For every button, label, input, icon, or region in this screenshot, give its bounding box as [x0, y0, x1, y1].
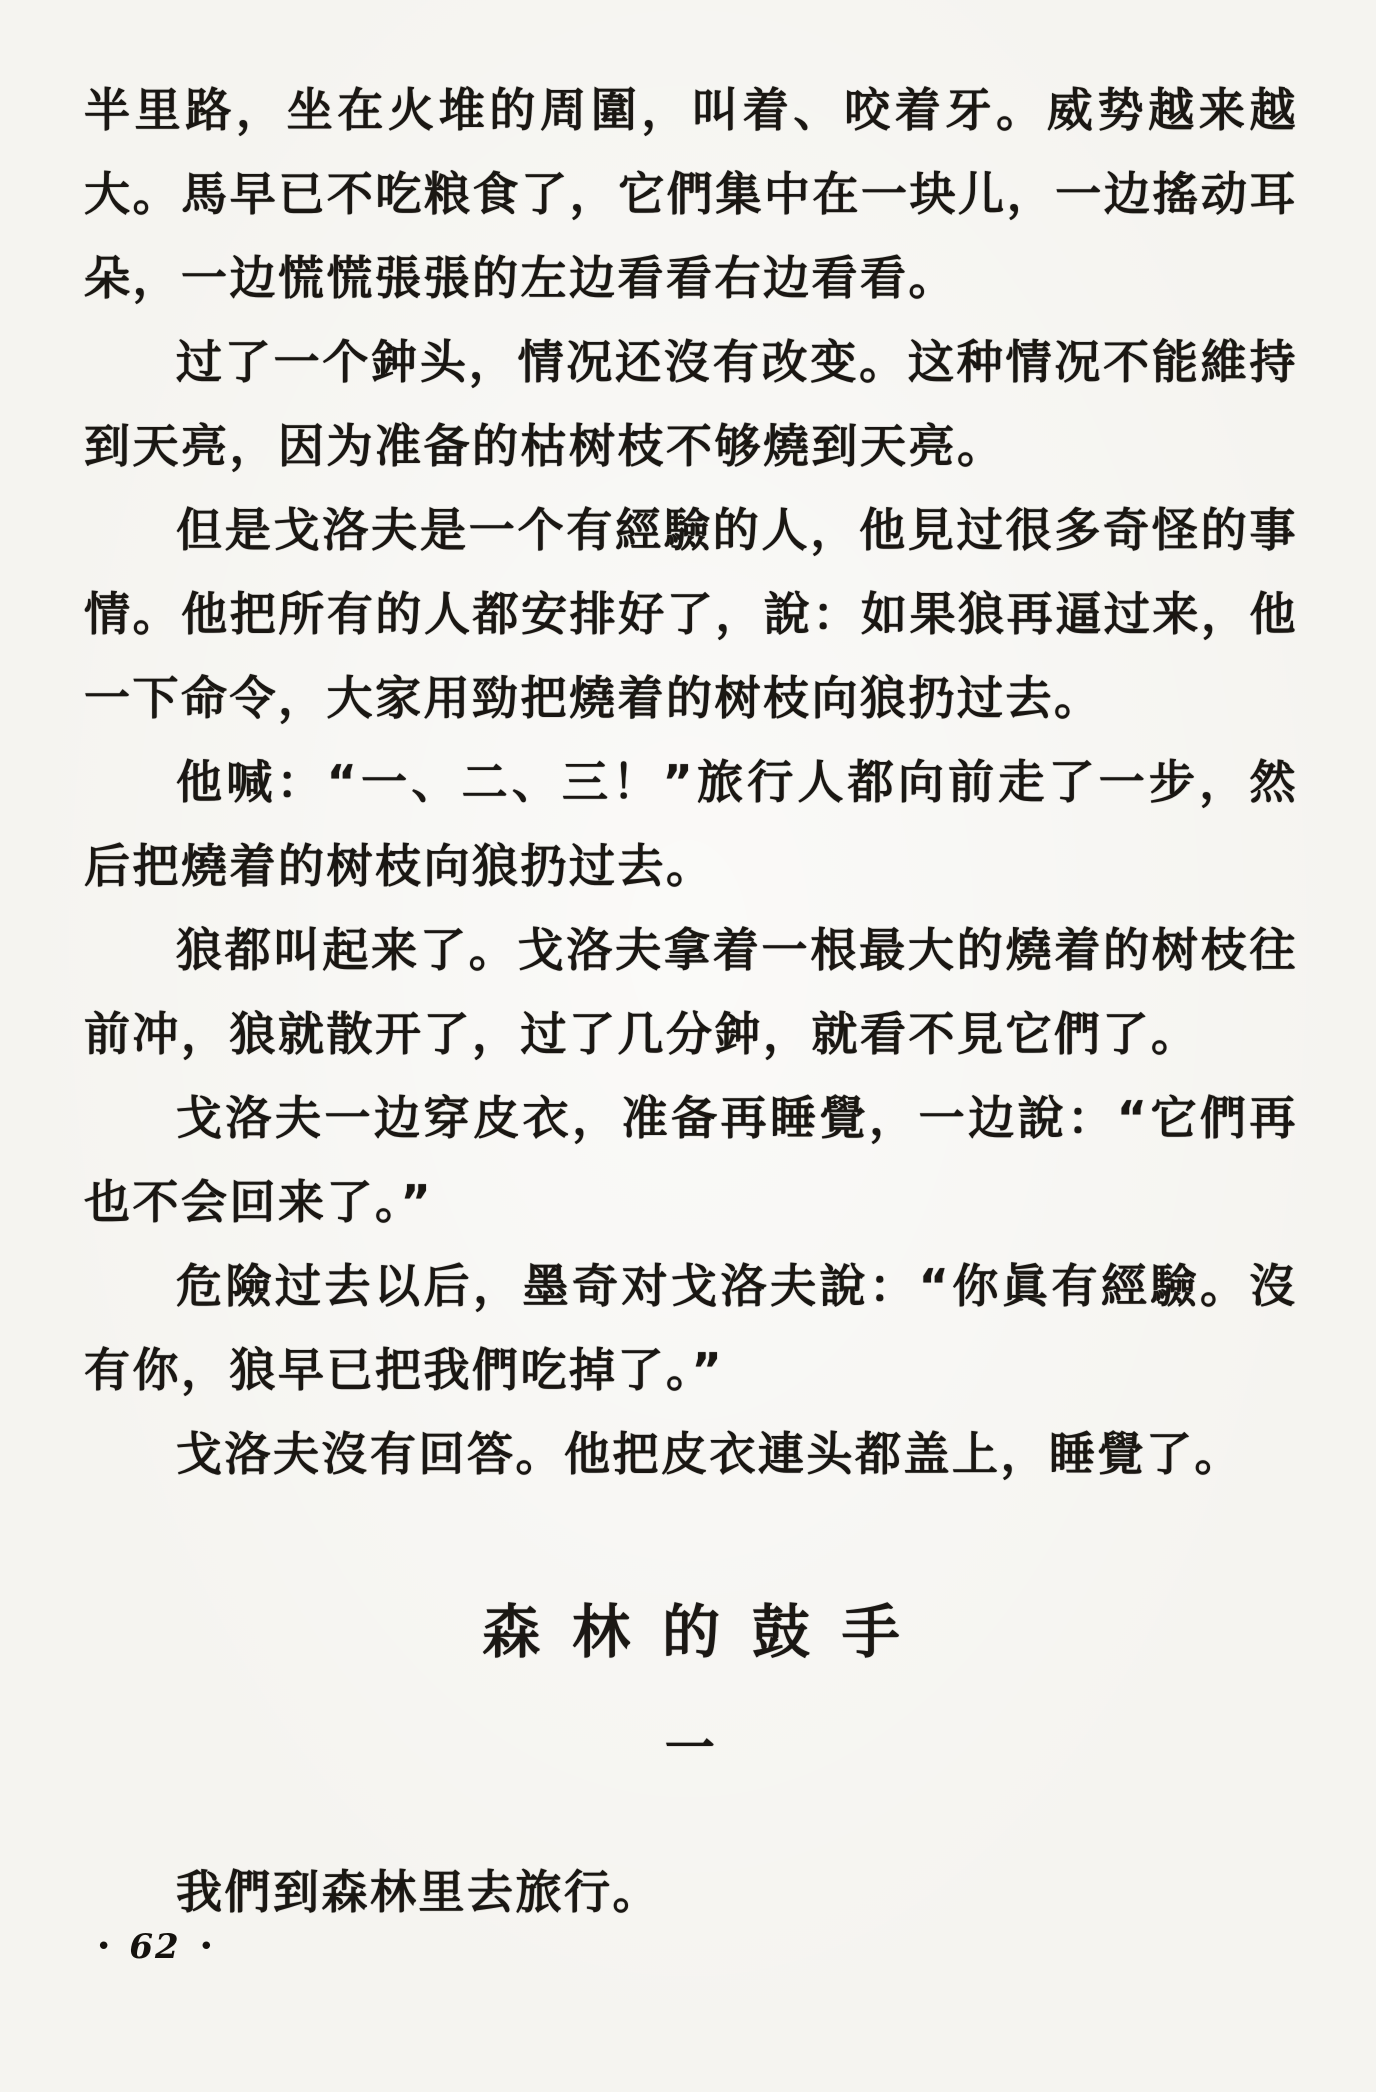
paragraph: 半里路，坐在火堆的周圍，叫着、咬着牙。威势越来越大。馬早已不吃粮食了，它們集中在…	[84, 68, 1298, 320]
paragraph: 但是戈洛夫是一个有經驗的人，他見过很多奇怪的事情。他把所有的人都安排好了，說：如…	[84, 488, 1298, 740]
chapter-title: 森林的鼓手	[84, 1592, 1298, 1672]
paragraph: 戈洛夫沒有回答。他把皮衣連头都盖上，睡覺了。	[84, 1412, 1298, 1496]
paragraph: 狼都叫起来了。戈洛夫拿着一根最大的燒着的树枝往前冲，狼就散开了，过了几分鈡，就看…	[84, 908, 1298, 1076]
section-number: 一	[84, 1718, 1298, 1778]
footer-dot-right: •	[199, 1934, 214, 1960]
story-text: 半里路，坐在火堆的周圍，叫着、咬着牙。威势越来越大。馬早已不吃粮食了，它們集中在…	[84, 68, 1298, 1496]
paragraph: 他喊：“一、二、三！”旅行人都向前走了一步，然后把燒着的树枝向狼扔过去。	[84, 740, 1298, 908]
page-footer: • 62 •	[96, 1930, 214, 1964]
footer-dot-left: •	[96, 1934, 111, 1960]
chapter-first-paragraph: 我們到森林里去旅行。	[84, 1850, 1298, 1934]
paragraph: 过了一个鈡头，情况还沒有改变。这种情况不能維持到天亮，因为准备的枯树枝不够燒到天…	[84, 320, 1298, 488]
paragraph: 戈洛夫一边穿皮衣，准备再睡覺，一边說：“它們再也不会回来了。”	[84, 1076, 1298, 1244]
page-number: 62	[129, 1930, 180, 1964]
book-page: 半里路，坐在火堆的周圍，叫着、咬着牙。威势越来越大。馬早已不吃粮食了，它們集中在…	[0, 0, 1376, 2092]
paragraph: 危險过去以后，墨奇对戈洛夫說：“你眞有經驗。沒有你，狼早已把我們吃掉了。”	[84, 1244, 1298, 1412]
